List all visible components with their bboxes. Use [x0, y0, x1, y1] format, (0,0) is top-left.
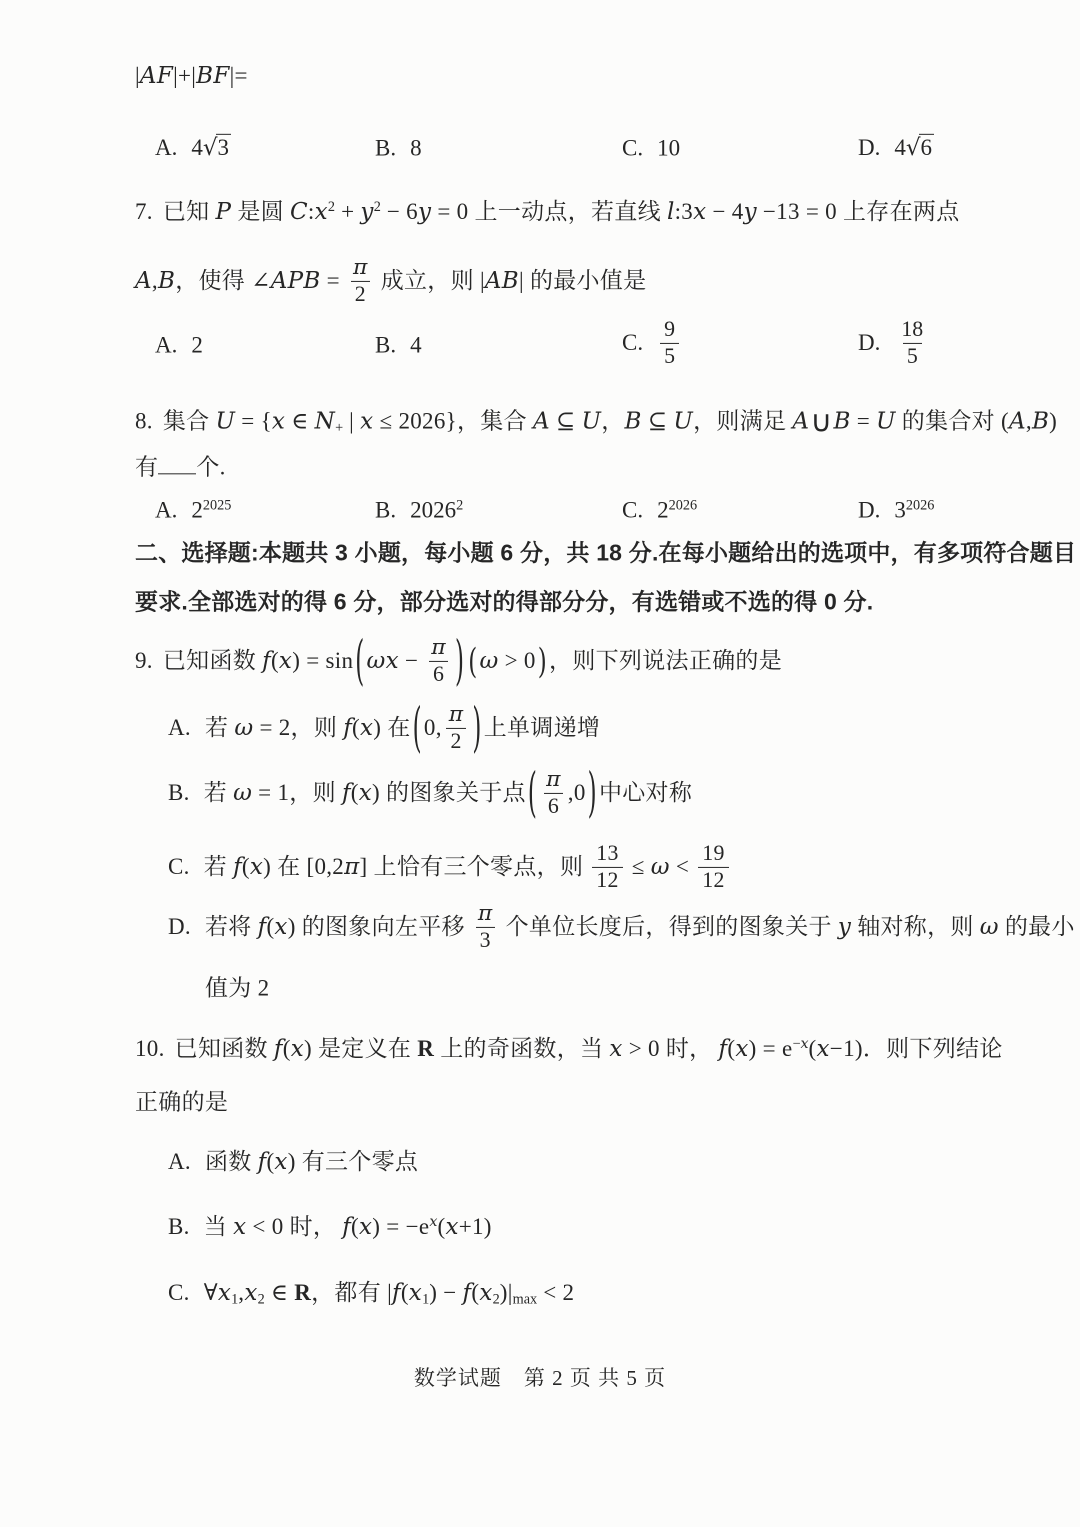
option-text: 当 x < 0 时， f(x) = −ex(x+1) [204, 1214, 492, 1239]
question-8-option-a: A.22025 [155, 493, 231, 526]
section-2-instructions-line-2: 要求.全部选对的得 6 分，部分选对的得部分分，有选错或不选的得 0 分. [135, 585, 873, 618]
option-label: A. [155, 497, 177, 522]
question-7-option-c: C.95 [622, 320, 682, 370]
section-header-text: 要求.全部选对的得 6 分，部分选对的得部分分，有选错或不选的得 0 分. [135, 588, 873, 614]
option-value: 95 [657, 330, 682, 355]
question-6-option-a: A.4√3 [155, 131, 231, 165]
option-value: 20262 [410, 497, 463, 522]
question-number: 9. [135, 648, 153, 673]
question-6-option-d: D.4√6 [858, 131, 934, 165]
question-8-option-d: D.32026 [858, 493, 934, 526]
question-7-option-d: D.185 [858, 320, 930, 370]
stem-text: 有个. [135, 454, 226, 479]
stem-text: 已知函数 f(x) = sin(ωx − π6)(ω > 0)，则下列说法正确的… [163, 648, 782, 673]
footer-text: 数学试题 第 2 页 共 5 页 [414, 1366, 666, 1390]
question-8-option-c: C.22026 [622, 493, 697, 526]
option-label: B. [168, 780, 190, 805]
question-8-stem-line-1: 8.集合 U = {x ∈ N+ | x ≤ 2026}，集合 A ⊆ U，B … [135, 400, 1057, 443]
option-value: 4 [410, 332, 422, 357]
stem-text: 已知 P 是圆 C:x2 + y2 − 6y = 0 上一动点，若直线 l:3x… [163, 199, 960, 224]
option-label: D. [858, 330, 880, 355]
question-10-stem-line-1: 10.已知函数 f(x) 是定义在 R 上的奇函数，当 x > 0 时， f(x… [135, 1032, 1003, 1066]
stem-text: A,B，使得 ∠APB = π2 成立，则 |AB| 的最小值是 [135, 268, 646, 293]
question-6-option-c: C.10 [622, 131, 680, 164]
option-value: 4√6 [894, 135, 934, 160]
stem-text: 正确的是 [135, 1089, 228, 1114]
question-6-option-b: B.8 [375, 131, 422, 164]
option-label: C. [622, 497, 643, 522]
option-text: 若将 f(x) 的图象向左平移 π3 个单位长度后，得到的图象关于 y 轴对称，… [205, 914, 1075, 939]
option-label: B. [375, 135, 396, 160]
question-9-option-a: A.若 ω = 2，则 f(x) 在(0,π2)上单调递增 [168, 705, 600, 755]
section-2-instructions-line-1: 二、选择题:本题共 3 小题，每小题 6 分，共 18 分.在每小题给出的选项中… [135, 536, 1076, 569]
question-10-option-b: B.当 x < 0 时， f(x) = −ex(x+1) [168, 1210, 492, 1244]
option-label: D. [858, 497, 880, 522]
option-value: 32026 [894, 497, 934, 522]
section-header-text: 二、选择题:本题共 3 小题，每小题 6 分，共 18 分.在每小题给出的选项中… [135, 539, 1076, 565]
question-9-stem: 9.已知函数 f(x) = sin(ωx − π6)(ω > 0)，则下列说法正… [135, 638, 782, 688]
option-label: C. [622, 330, 643, 355]
question-7-stem-line-1: 7.已知 P 是圆 C:x2 + y2 − 6y = 0 上一动点，若直线 l:… [135, 195, 960, 229]
option-label: C. [622, 135, 643, 160]
option-value: 4√3 [191, 135, 231, 160]
option-label: C. [168, 1280, 190, 1305]
option-label: A. [168, 715, 191, 740]
option-label: A. [155, 332, 177, 357]
option-label: A. [155, 135, 177, 160]
option-label: B. [375, 332, 396, 357]
option-label: A. [168, 1149, 191, 1174]
option-text: 若 ω = 1，则 f(x) 的图象关于点(π6,0)中心对称 [204, 780, 692, 805]
option-label: B. [168, 1214, 190, 1239]
question-9-option-d-line-1: D.若将 f(x) 的图象向左平移 π3 个单位长度后，得到的图象关于 y 轴对… [168, 904, 1075, 954]
question-8-stem-line-2: 有个. [135, 450, 226, 483]
question-10-stem-line-2: 正确的是 [135, 1085, 228, 1118]
option-text: 若 f(x) 在 [0,2π] 上恰有三个零点，则 1312 ≤ ω < 191… [204, 854, 732, 879]
footer-page-number: 数学试题 第 2 页 共 5 页 [0, 1362, 1080, 1392]
math-expression: |AF|+|BF|= [135, 63, 248, 88]
question-9-option-d-line-2: 值为 2 [205, 971, 269, 1004]
question-10-option-c: C.∀x1,x2 ∈ R，都有 |f(x1) − f(x2)|max < 2 [168, 1276, 574, 1310]
stem-text: 集合 U = {x ∈ N+ | x ≤ 2026}，集合 A ⊆ U，B ⊆ … [163, 408, 1057, 433]
option-text: 若 ω = 2，则 f(x) 在(0,π2)上单调递增 [205, 715, 600, 740]
option-value: 22025 [191, 497, 231, 522]
question-7-option-a: A.2 [155, 328, 203, 361]
option-label: B. [375, 497, 396, 522]
question-9-option-b: B.若 ω = 1，则 f(x) 的图象关于点(π6,0)中心对称 [168, 770, 692, 820]
option-value: 2 [191, 332, 203, 357]
question-10-option-a: A.函数 f(x) 有三个零点 [168, 1145, 418, 1179]
question-number: 10. [135, 1036, 165, 1061]
question-8-option-b: B.20262 [375, 493, 463, 526]
question-7-stem-line-2: A,B，使得 ∠APB = π2 成立，则 |AB| 的最小值是 [135, 258, 646, 308]
question-6-stem-tail: |AF|+|BF|= [135, 59, 248, 93]
option-text: 值为 2 [205, 975, 269, 1000]
option-value: 22026 [657, 497, 697, 522]
exam-page: |AF|+|BF|= A.4√3 B.8 C.10 D.4√6 7.已知 P 是… [0, 0, 1080, 1527]
question-number: 7. [135, 199, 153, 224]
question-9-option-c: C.若 f(x) 在 [0,2π] 上恰有三个零点，则 1312 ≤ ω < 1… [168, 844, 732, 894]
option-label: C. [168, 854, 190, 879]
question-7-option-b: B.4 [375, 328, 422, 361]
stem-text: 已知函数 f(x) 是定义在 R 上的奇函数，当 x > 0 时， f(x) =… [175, 1036, 1003, 1061]
question-number: 8. [135, 408, 153, 433]
option-label: D. [858, 135, 880, 160]
option-value: 10 [657, 135, 680, 160]
option-value: 185 [894, 330, 930, 355]
option-label: D. [168, 914, 191, 939]
option-text: 函数 f(x) 有三个零点 [205, 1149, 418, 1174]
option-text: ∀x1,x2 ∈ R，都有 |f(x1) − f(x2)|max < 2 [204, 1280, 575, 1305]
option-value: 8 [410, 135, 422, 160]
